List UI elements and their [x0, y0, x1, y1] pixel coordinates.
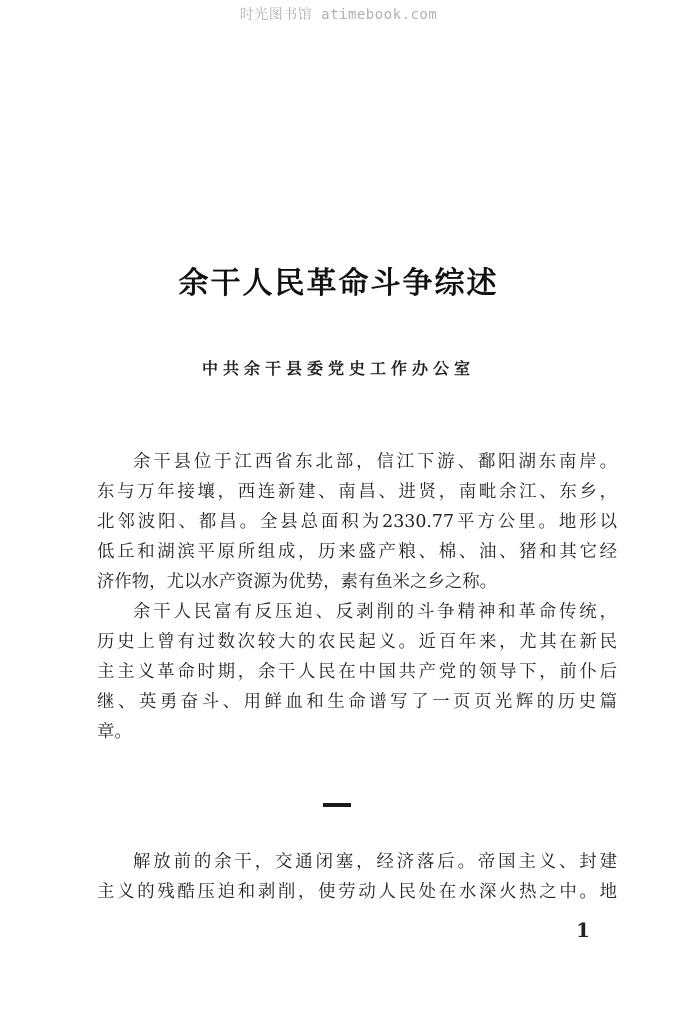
- text-line: 主主义革命时期，余干人民在中国共产党的领导下，前仆后: [97, 657, 617, 687]
- author-line: 中共余干县委党史工作办公室: [0, 356, 677, 379]
- text-line: 低丘和湖滨平原所组成，历来盛产粮、棉、油、猪和其它经: [97, 537, 617, 567]
- page-number: 1: [576, 918, 590, 942]
- section-heading-one: [323, 803, 351, 807]
- text-line: 济作物，尤以水产资源为优势，素有鱼米之乡之称。: [97, 567, 617, 597]
- text-line: 主义的残酷压迫和剥削，使劳动人民处在水深火热之中。地: [97, 877, 617, 907]
- text-line: 解放前的余干，交通闭塞，经济落后。帝国主义、封建: [97, 847, 617, 877]
- body-text-section-intro: 余干县位于江西省东北部，信江下游、鄱阳湖东南岸。 东与万年接壤，西连新建、南昌、…: [97, 447, 617, 747]
- text-line: 历史上曾有过数次较大的农民起义。近百年来，尤其在新民: [97, 627, 617, 657]
- text-line: 继、英勇奋斗、用鲜血和生命谱写了一页页光辉的历史篇: [97, 687, 617, 717]
- watermark: 时光图书馆 atimebook.com: [0, 4, 677, 24]
- text-line: 余干县位于江西省东北部，信江下游、鄱阳湖东南岸。: [97, 447, 617, 477]
- text-line: 北邻波阳、都昌。全县总面积为2330.77平方公里。地形以: [97, 507, 617, 537]
- text-line: 余干人民富有反压迫、反剥削的斗争精神和革命传统，: [97, 597, 617, 627]
- page-title: 余干人民革命斗争综述: [0, 258, 677, 302]
- text-line: 东与万年接壤，西连新建、南昌、进贤，南毗余江、东乡，: [97, 477, 617, 507]
- body-text-section-one: 解放前的余干，交通闭塞，经济落后。帝国主义、封建 主义的残酷压迫和剥削，使劳动人…: [97, 847, 617, 907]
- text-line: 章。: [97, 717, 617, 747]
